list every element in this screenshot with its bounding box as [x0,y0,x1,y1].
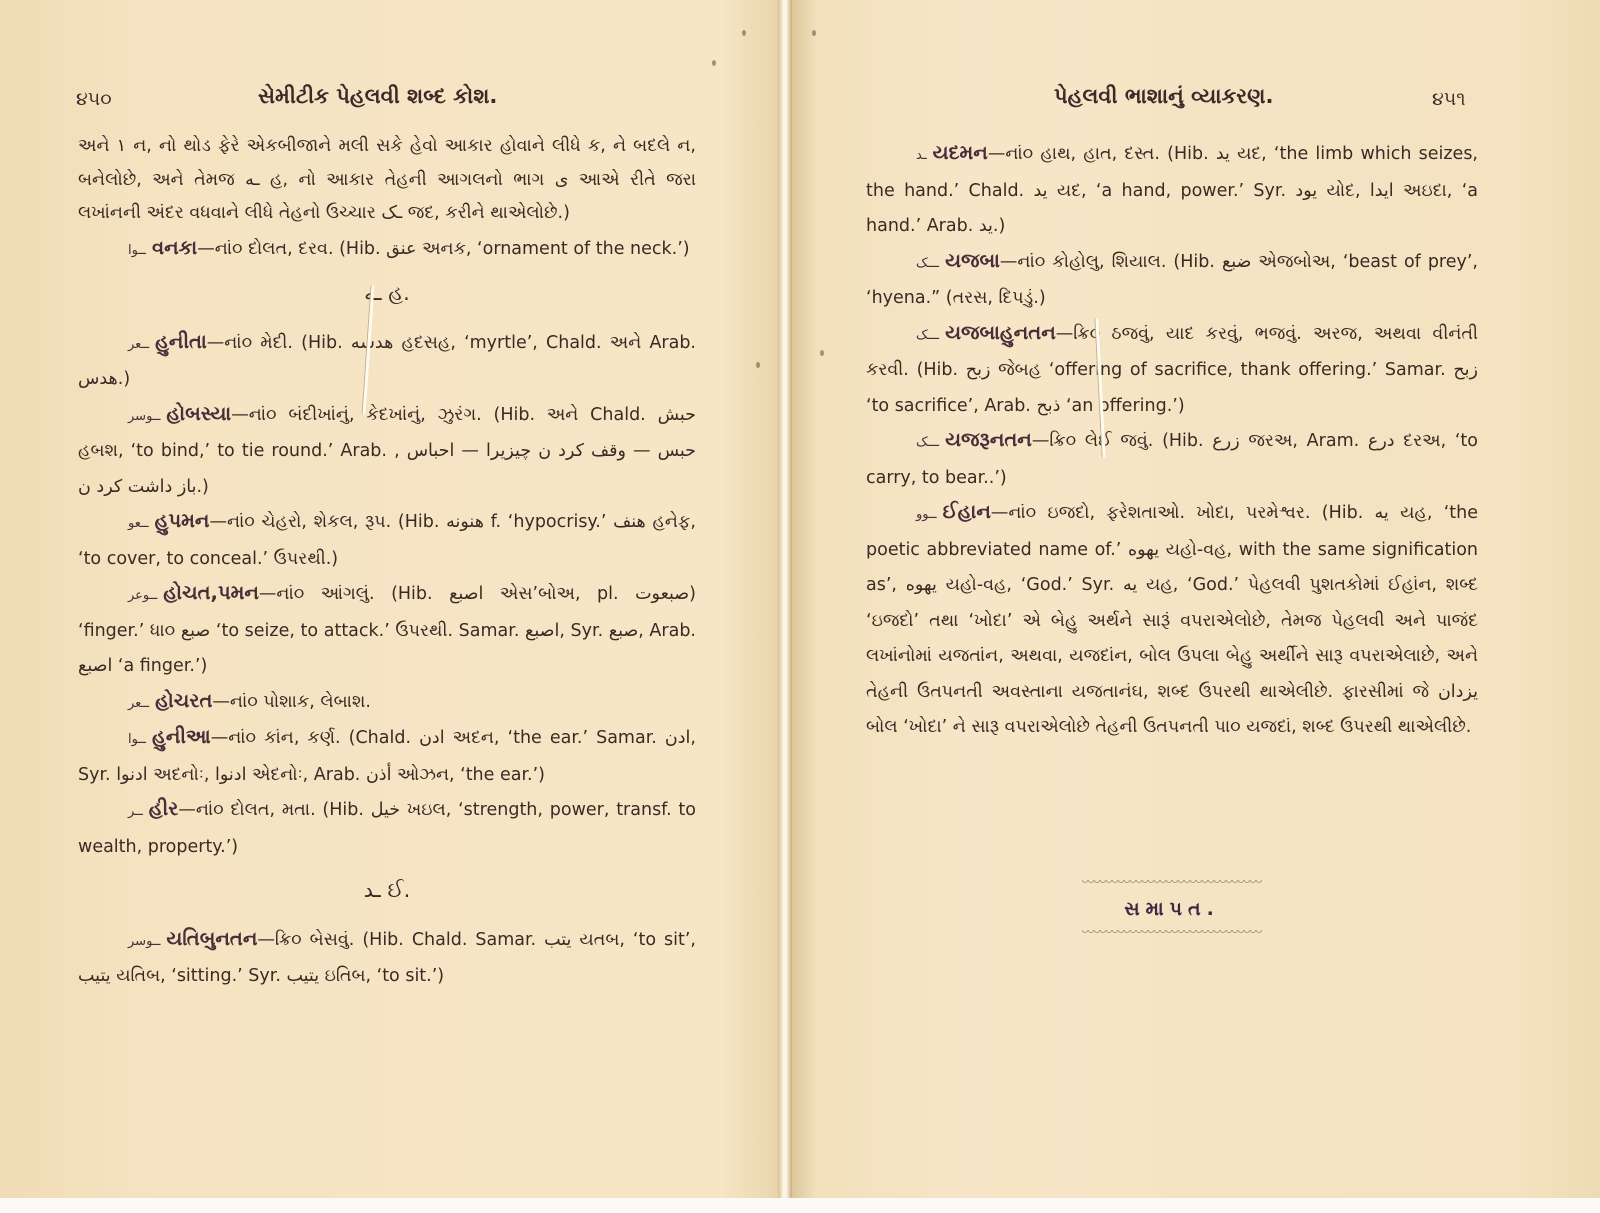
pahlavi-script: ــر [128,804,143,819]
dictionary-entry: ــوعرહોચત,પમન—નાં૦ આંગલું. (Hib. اصبع એસ… [78,576,696,684]
pahlavi-script: ـــک [916,256,939,271]
end-ornament: સમાપત. [1082,880,1262,936]
headword: હોચત,પમન [163,581,259,604]
paper-spot [712,60,716,66]
headword: હુનીતા [155,330,207,353]
section-letter-h: ـه હ. [78,277,696,311]
pahlavi-script: ــعر [128,337,149,352]
headword: યતિબુનતન [166,927,257,950]
headword: હુનીઆ [152,725,211,748]
entry-definition: —નાં૦ પોશાક, લેબાશ. [212,692,371,712]
pahlavi-script: ـــک [916,435,939,450]
left-page: ૪૫૦ સેમીટીક પેહલવી શબ્દ કોશ. અને ۱ ન, નો… [0,0,778,1198]
entries-list: ـدયદમન—નાં૦ હાથ, હાત, દસ્ત. (Hib. يد યદ,… [866,136,1478,745]
dictionary-entry: ـــکયજબાહુનતન—ક્રિ૦ ઠજવું, યાદ કરવું, ભજ… [866,316,1478,424]
right-running-head: પેહલવી ભાશાનું વ્યાકરણ. [1054,84,1273,109]
dictionary-entry: ــعوહુપમન—નાં૦ ચેહરો, શેકલ, રૂપ. (Hib. ه… [78,504,696,576]
right-page-number: ૪૫૧ [1432,88,1466,110]
pahlavi-script: ــعر [128,696,149,711]
headword: હુપમન [155,509,210,532]
pahlavi-script: ــوسر [128,934,160,949]
headword: યદમન [933,141,988,164]
scan-margin [0,1198,1600,1213]
opening-paragraph: અને ۱ ન, નો થોડ ફેરે એકબીજાને મલી સકે હે… [78,130,696,231]
wavy-rule-top [1082,880,1262,886]
finis-text: સમાપત. [1082,898,1262,920]
entry-definition: —નાં૦ ઇજદો, ફરેશતાઓ. ખોદા, પરમેશ્વર. (Hi… [866,503,1478,737]
pahlavi-script: ــوا [128,732,146,747]
headword: યજરૂનતન [945,428,1032,451]
entries-list: ــوسرયતિબુનતન—ક્રિ૦ બેસવું. (Hib. Chald.… [78,922,696,994]
section-letter-i: ـد ઈ. [78,874,696,908]
headword: યજબા [945,249,1000,272]
dictionary-entry: ــرહીર—નાં૦ દોલત, મતા. (Hib. خيل ખઇલ, ‘s… [78,792,696,864]
dictionary-entry: ــواવનકા—નાં૦ દોલત, દરવ. (Hib. عنق અનક, … [78,231,696,268]
pahlavi-script: ــوو [916,507,937,522]
dictionary-entry: ــوسرયતિબુનતન—ક્રિ૦ બેસવું. (Hib. Chald.… [78,922,696,994]
dictionary-entry: ـــکયજબા—નાં૦ કોહોલુ, શિયાલ. (Hib. ضبع એ… [866,244,1478,316]
paper-spot [812,30,816,36]
pahlavi-script: ـد [916,148,927,163]
dictionary-entry: ــعرહોચરત—નાં૦ પોશાક, લેબાશ. [78,684,696,721]
wavy-rule-bottom [1082,930,1262,936]
headword: હોબસ્યા [166,402,231,425]
headword: ઈહાન [943,500,991,523]
headword: હીર [149,797,179,820]
pahlavi-script: ــوعر [128,588,157,603]
headword: વનકા [152,236,197,259]
paper-spot [820,350,824,356]
entry-definition: —નાં૦ દોલત, દરવ. (Hib. عنق અનક, ‘ornamen… [197,239,689,259]
left-running-head: સેમીટીક પેહલવી શબ્દ કોશ. [258,84,497,109]
headword: યજબાહુનતન [945,321,1056,344]
right-page-body: ـدયદમન—નાં૦ હાથ, હાત, દસ્ત. (Hib. يد યદ,… [866,136,1478,745]
pahlavi-script: ــوسر [128,409,160,424]
right-page: પેહલવી ભાશાનું વ્યાકરણ. ૪૫૧ ـدયદમન—નાં૦ … [792,0,1600,1198]
dictionary-entry: ــووઈહાન—નાં૦ ઇજદો, ફરેશતાઓ. ખોદા, પરમેશ… [866,495,1478,745]
paper-spot [756,362,760,368]
pahlavi-script: ــعو [128,516,149,531]
entries-list: ــواવનકા—નાં૦ દોલત, દરવ. (Hib. عنق અનક, … [78,231,696,268]
dictionary-entry: ــوسرહોબસ્યા—નાં૦ બંદીખાંનું, કેદખાંનું,… [78,397,696,505]
left-page-body: અને ۱ ન, નો થોડ ફેરે એકબીજાને મલી સકે હે… [78,130,696,994]
entries-list: ــعرહુનીતા—નાં૦ મેદી. (Hib. هدسه હદસહ, ‘… [78,325,696,865]
dictionary-entry: ـدયદમન—નાં૦ હાથ, હાત, દસ્ત. (Hib. يد યદ,… [866,136,1478,244]
pahlavi-script: ــوا [128,243,146,258]
headword: હોચરત [155,689,212,712]
dictionary-entry: ــعرહુનીતા—નાં૦ મેદી. (Hib. هدسه હદસહ, ‘… [78,325,696,397]
pahlavi-script: ـــک [916,328,939,343]
book-spread: ૪૫૦ સેમીટીક પેહલવી શબ્દ કોશ. અને ۱ ન, નો… [0,0,1600,1198]
book-gutter [778,0,792,1198]
dictionary-entry: ــواહુનીઆ—નાં૦ કાંન, કર્ણ. (Chald. ادن અ… [78,720,696,792]
paper-spot [742,30,746,36]
left-page-number: ૪૫૦ [76,88,112,110]
dictionary-entry: ـــکયજરૂનતન—ક્રિ૦ લેઈ જવું. (Hib. زرع જર… [866,423,1478,495]
